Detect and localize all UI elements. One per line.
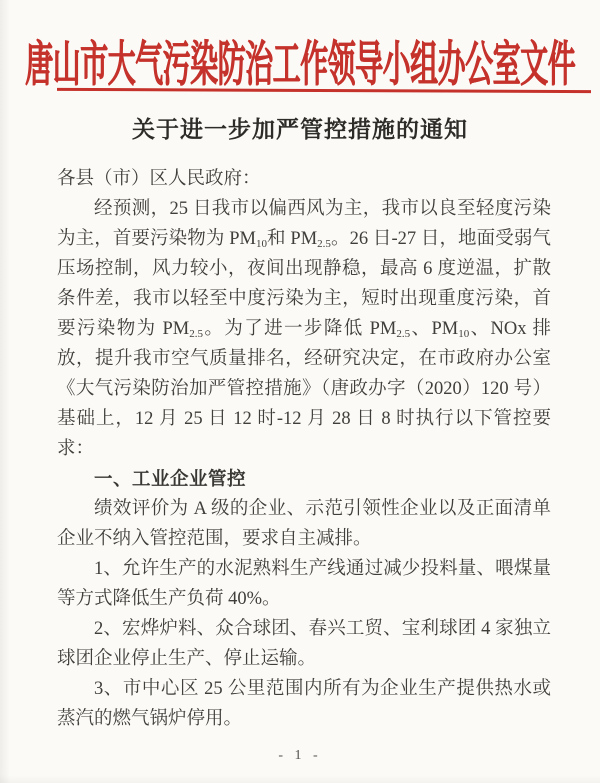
paragraph: 2、宏烨炉料、众合球团、春兴工贸、宝利球团 4 家独立球团企业停止生产、停止运输… bbox=[57, 614, 551, 674]
paragraph: 3、市中心区 25 公里范围内所有为企业生产提供热水或蒸汽的燃气锅炉停用。 bbox=[57, 674, 551, 734]
paragraph: 各县（市）区人民政府： bbox=[57, 164, 551, 194]
letterhead-title: 唐山市大气污染防治工作领导小组办公室文件 bbox=[0, 27, 600, 96]
document-title: 关于进一步加严管控措施的通知 bbox=[0, 111, 600, 144]
page-number: - 1 - bbox=[0, 748, 600, 764]
section-heading: 一、工业企业管控 bbox=[57, 464, 551, 494]
paragraph: 绩效评价为 A 级的企业、示范引领性企业以及正面清单企业不纳入管控范围，要求自主… bbox=[57, 494, 551, 554]
scanned-document-page: 唐山市大气污染防治工作领导小组办公室文件 关于进一步加严管控措施的通知 各县（市… bbox=[0, 0, 600, 783]
paragraph: 经预测，25 日我市以偏西风为主，我市以良至轻度污染为主，首要污染物为 PM10… bbox=[57, 194, 551, 464]
document-body: 各县（市）区人民政府：经预测，25 日我市以偏西风为主，我市以良至轻度污染为主，… bbox=[57, 164, 551, 734]
paragraph: 1、允许生产的水泥熟料生产线通过减少投料量、喂煤量等方式降低生产负荷 40%。 bbox=[57, 554, 551, 614]
